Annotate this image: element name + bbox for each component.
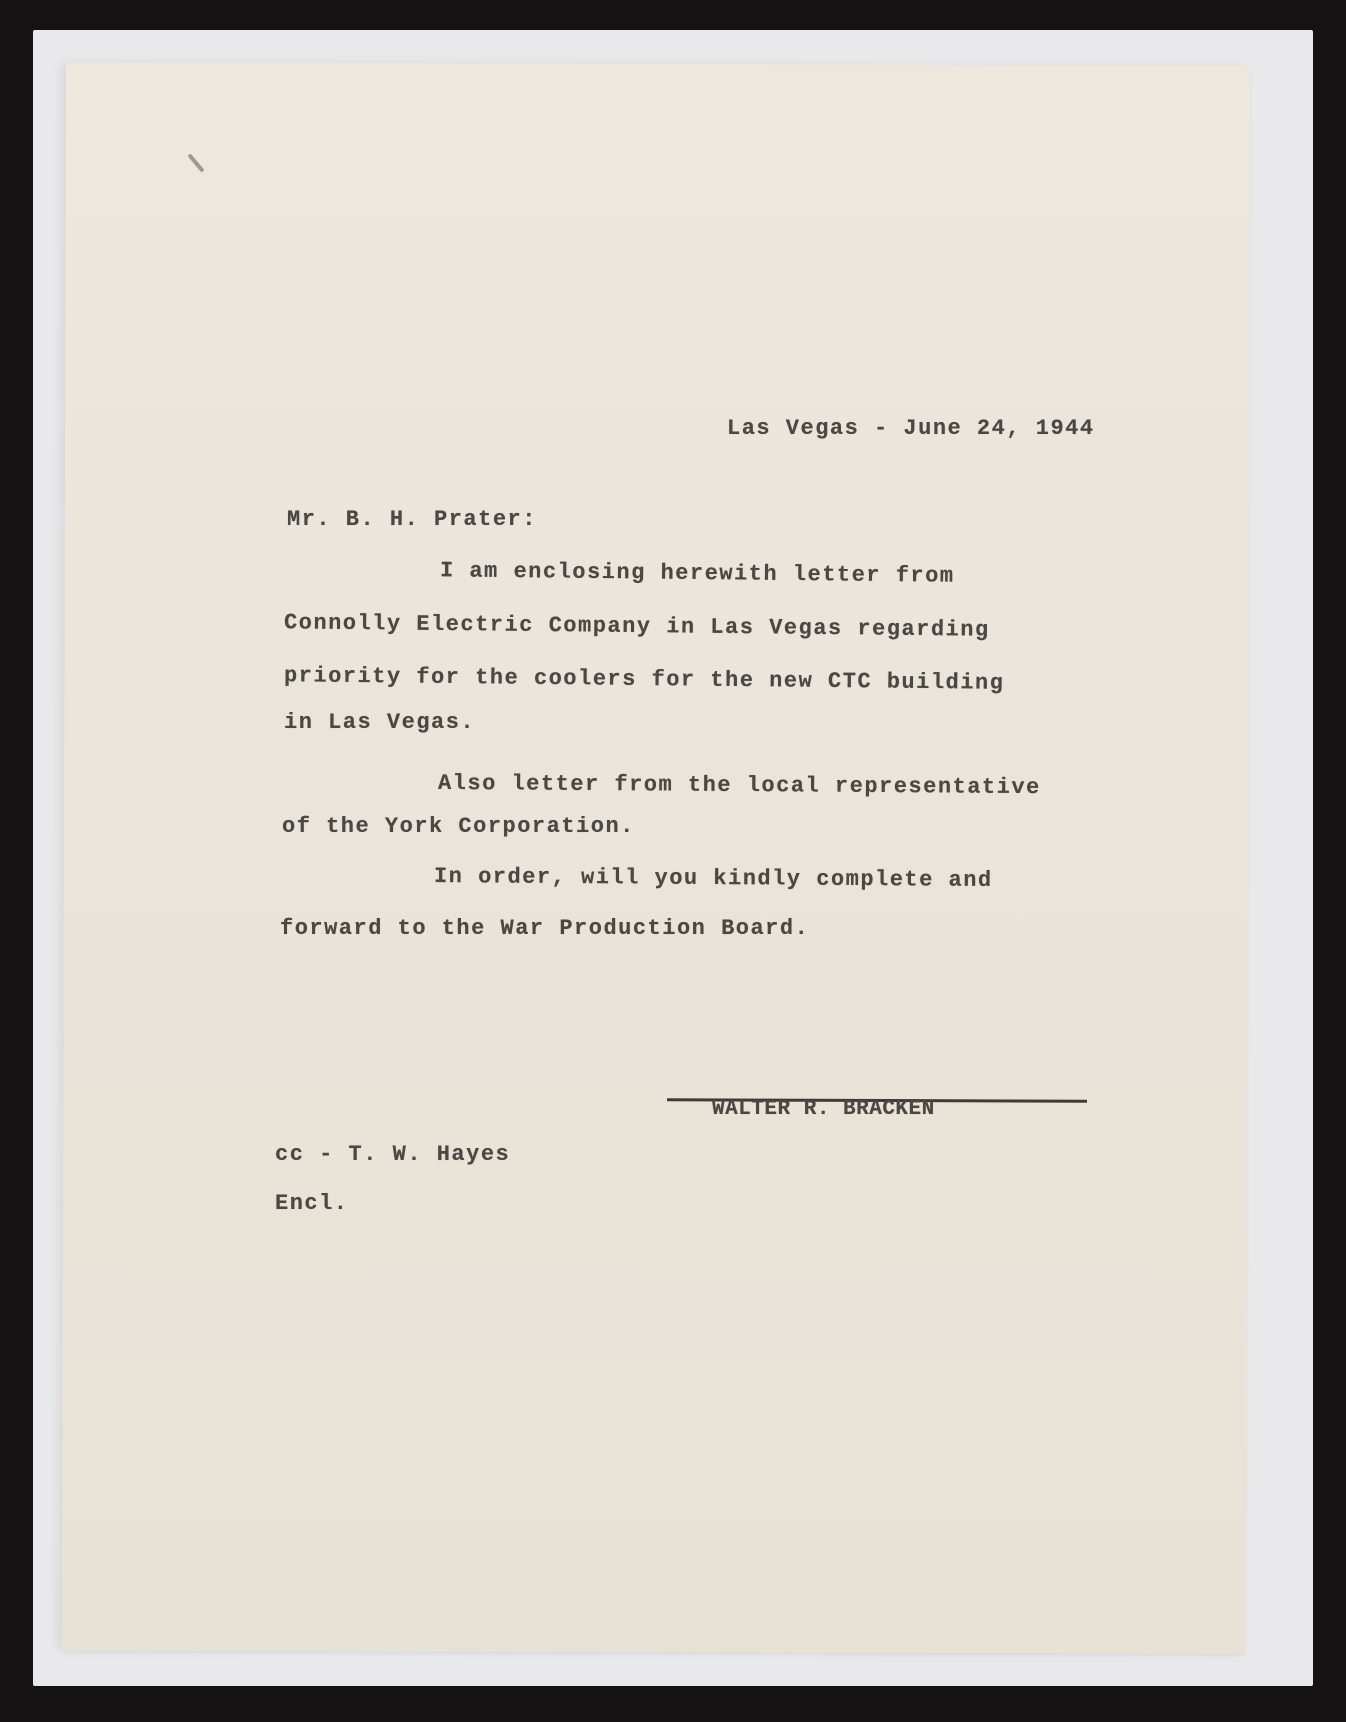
paragraph-3-line-2: forward to the War Production Board. <box>280 916 809 941</box>
paragraph-2-line-2: of the York Corporation. <box>282 814 635 839</box>
carbon-copy: cc - T. W. Hayes <box>275 1142 510 1167</box>
enclosure-note: Encl. <box>275 1191 349 1216</box>
paragraph-2-line-1: Also letter from the local representativ… <box>438 771 1041 800</box>
paragraph-1-line-4: in Las Vegas. <box>284 710 475 735</box>
paragraph-3-line-1: In order, will you kindly complete and <box>434 864 993 893</box>
salutation: Mr. B. H. Prater: <box>287 507 537 532</box>
letter-page <box>62 62 1250 1653</box>
place-date: Las Vegas - June 24, 1944 <box>727 416 1095 441</box>
signature-name: WALTER R. BRACKEN <box>712 1098 935 1121</box>
